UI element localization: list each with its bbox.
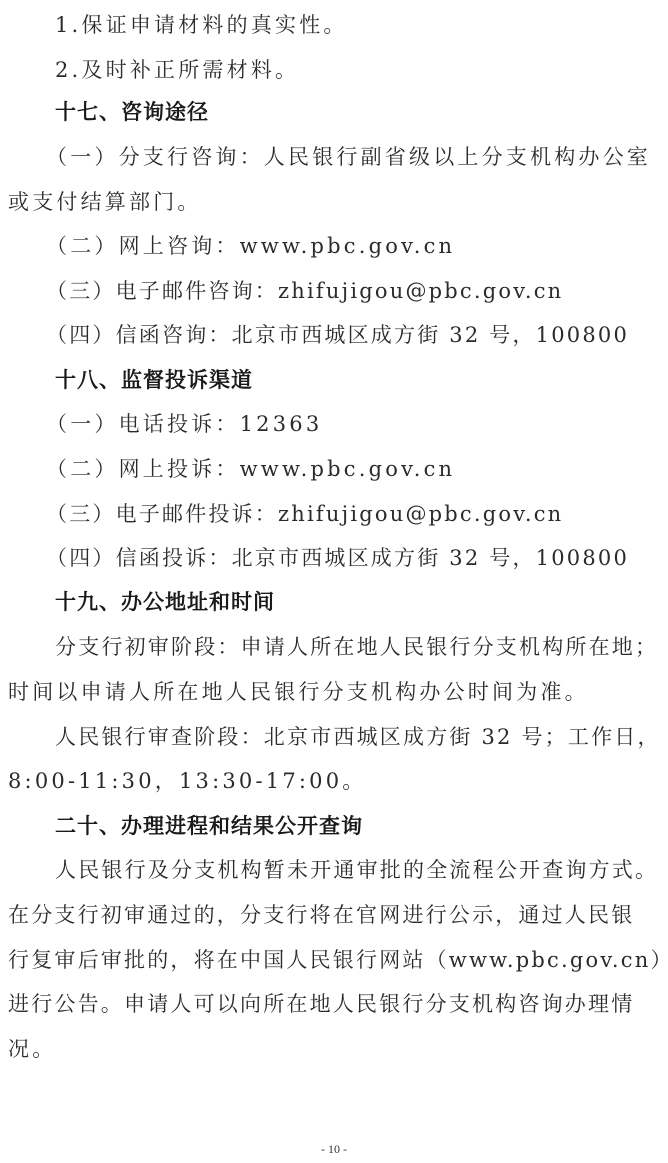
list-item: 2.及时补正所需材料。 [0,55,668,85]
continuation-text: 在分支行初审通过的，分支行将在官网进行公示，通过人民银 [0,900,668,930]
continuation-text: 8:00-11:30，13:30-17:00。 [0,766,668,796]
paragraph-text: 人民银行审查阶段：北京市西城区成方街 32 号；工作日， [0,722,668,752]
list-item: 1.保证申请材料的真实性。 [0,10,668,40]
section-heading: 十七、咨询途径 [0,97,668,127]
section-heading: 十九、办公地址和时间 [0,587,668,617]
paragraph-text: 人民银行及分支机构暂未开通审批的全流程公开查询方式。 [0,855,668,885]
continuation-text: 进行公告。申请人可以向所在地人民银行分支机构咨询办理情 [0,989,668,1019]
continuation-text: 况。 [0,1034,668,1064]
list-item: （二）网上投诉：www.pbc.gov.cn [0,454,668,484]
section-heading: 二十、办理进程和结果公开查询 [0,811,668,841]
list-item: （一）分支行咨询：人民银行副省级以上分支机构办公室 [0,142,668,172]
list-item: （二）网上咨询：www.pbc.gov.cn [0,231,668,261]
continuation-text: 或支付结算部门。 [0,187,668,217]
paragraph-text: 分支行初审阶段：申请人所在地人民银行分支机构所在地； [0,632,668,662]
list-item: （三）电子邮件投诉：zhifujigou@pbc.gov.cn [0,499,668,529]
list-item: （三）电子邮件咨询：zhifujigou@pbc.gov.cn [0,276,668,306]
list-item: （一）电话投诉：12363 [0,409,668,439]
list-item: （四）信函咨询：北京市西城区成方街 32 号，100800 [0,320,668,350]
list-item: （四）信函投诉：北京市西城区成方街 32 号，100800 [0,543,668,573]
continuation-text: 行复审后审批的，将在中国人民银行网站（www.pbc.gov.cn） [0,945,668,975]
section-heading: 十八、监督投诉渠道 [0,365,668,395]
page-number: - 10 - [0,1142,668,1157]
continuation-text: 时间以申请人所在地人民银行分支机构办公时间为准。 [0,677,668,707]
